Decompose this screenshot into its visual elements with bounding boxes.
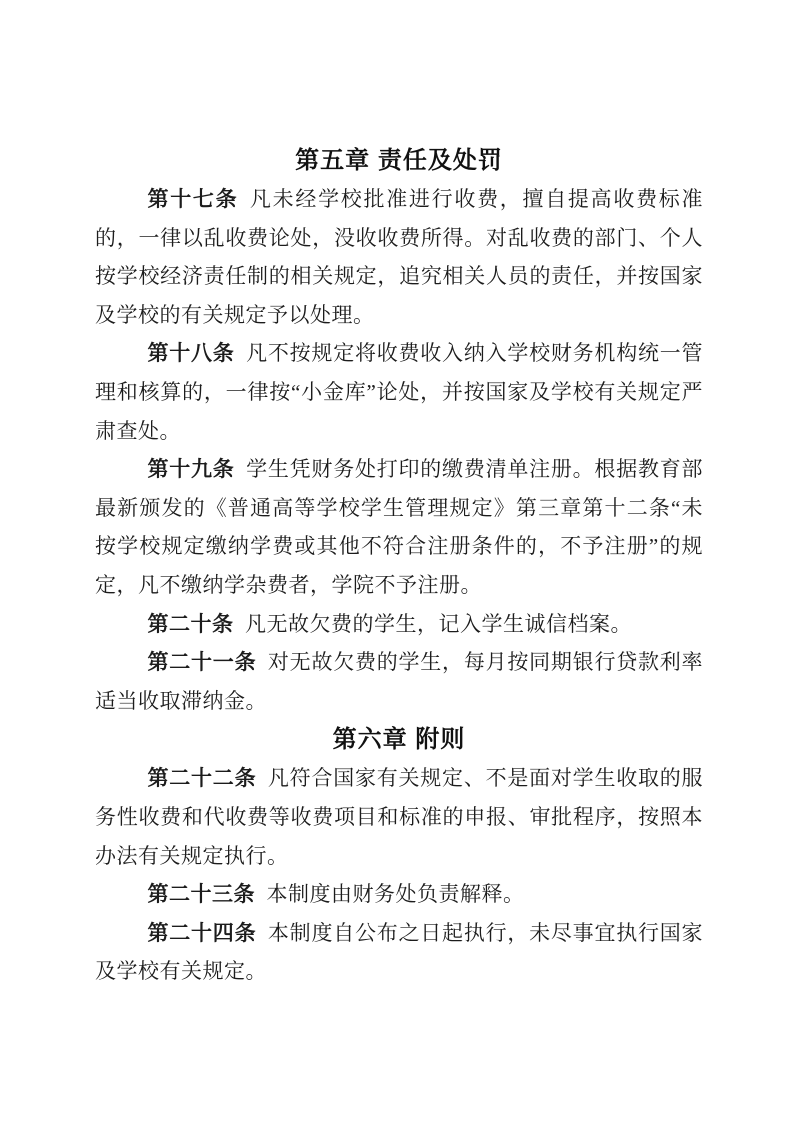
- article-20-text: 凡无故欠费的学生，记入学生诚信档案。: [245, 612, 632, 636]
- article-18-number: 第十八条: [148, 341, 235, 365]
- article-24: 第二十四条本制度自公布之日起执行，未尽事宜执行国家及学校有关规定。: [95, 914, 703, 991]
- article-20-number: 第二十条: [148, 612, 234, 636]
- article-21-number: 第二十一条: [148, 650, 257, 674]
- article-22: 第二十二条凡符合国家有关规定、不是面对学生收取的服务性收费和代收费等收费项目和标…: [95, 759, 703, 875]
- article-22-number: 第二十二条: [148, 766, 257, 790]
- document-page: 第五章 责任及处罚 第十七条凡未经学校批准进行收费，擅自提高收费标准的，一律以乱…: [0, 0, 794, 1122]
- article-23: 第二十三条本制度由财务处负责解释。: [95, 875, 703, 914]
- article-17-number: 第十七条: [148, 187, 239, 211]
- article-18: 第十八条凡不按规定将收费收入纳入学校财务机构统一管理和核算的，一律按“小金库”论…: [95, 334, 703, 450]
- article-23-text: 本制度由财务处负责解释。: [267, 882, 525, 906]
- article-23-number: 第二十三条: [148, 882, 256, 906]
- chapter-heading-6: 第六章 附则: [95, 720, 703, 759]
- article-21: 第二十一条对无故欠费的学生，每月按同期银行贷款利率适当收取滞纳金。: [95, 643, 703, 720]
- chapter-heading-5: 第五章 责任及处罚: [95, 141, 703, 180]
- document-content: 第五章 责任及处罚 第十七条凡未经学校批准进行收费，擅自提高收费标准的，一律以乱…: [95, 141, 703, 991]
- article-24-number: 第二十四条: [148, 921, 257, 945]
- article-19-number: 第十九条: [148, 457, 235, 481]
- article-20: 第二十条凡无故欠费的学生，记入学生诚信档案。: [95, 605, 703, 644]
- article-17: 第十七条凡未经学校批准进行收费，擅自提高收费标准的，一律以乱收费论处，没收收费所…: [95, 180, 703, 334]
- article-19: 第十九条学生凭财务处打印的缴费清单注册。根据教育部最新颁发的《普通高等学校学生管…: [95, 450, 703, 604]
